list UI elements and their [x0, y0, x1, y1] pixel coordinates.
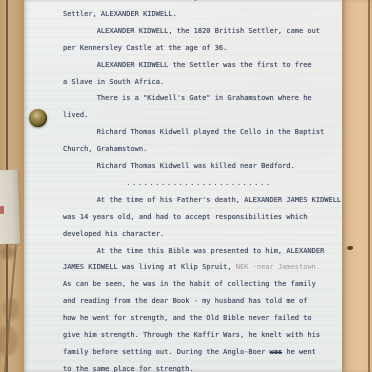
document-page: Richard Thomas Kidwell was the grandson …: [22, 0, 343, 372]
typed-segment: ALEXANDER KIDWELL, the 1820 British Sett…: [63, 27, 320, 35]
typed-segment: NEK -near Jamestown.: [236, 263, 320, 271]
typed-segment: he went: [282, 348, 316, 356]
typed-segment: lived.: [63, 111, 88, 119]
typed-line: Richard Thomas Kidwell was killed near B…: [63, 158, 295, 175]
typed-line: ALEXANDER KIDWELL, the 1820 British Sett…: [63, 23, 320, 40]
dirt-speck: [347, 246, 353, 250]
stain: [0, 246, 15, 259]
typed-segment: give him strength. Through the Kaffir Wa…: [63, 331, 320, 339]
typed-line: family before setting out. During the An…: [63, 344, 316, 361]
right-edge-line: [368, 0, 370, 372]
typed-segment: per Kennersley Castle at the age of 36.: [63, 44, 227, 52]
typed-line: a Slave in South Africa.: [63, 74, 164, 91]
typed-line: JAMES KIDWELL was living at Klip Spruit,…: [63, 259, 320, 276]
typed-segment: JAMES KIDWELL was living at Klip Spruit,: [63, 263, 236, 271]
typed-segment: family before setting out. During the An…: [63, 348, 270, 356]
typed-segment: developed his character.: [63, 230, 164, 238]
typed-line: Church, Grahamstown.: [63, 141, 147, 158]
typed-segment: At the time this Bible was presented to …: [63, 247, 324, 255]
typed-segment: ALEXANDER KIDWELL the Settler was the fi…: [63, 61, 312, 69]
typed-line: ALEXANDER KIDWELL the Settler was the fi…: [63, 57, 312, 74]
typed-line: developed his character.: [63, 226, 164, 243]
typed-segment: to the same place for strength.: [63, 365, 194, 372]
typed-line: There is a "Kidwell's Gate" in Grahamsto…: [63, 90, 312, 107]
typed-segment: [63, 179, 126, 187]
photo-background: Richard Thomas Kidwell was the grandson …: [0, 0, 372, 372]
typed-segment: Settler, ALEXANDER KIDWELL.: [63, 10, 177, 18]
typed-line: and reading from the dear Book - my husb…: [63, 293, 307, 310]
typed-segment: Richard Thomas Kidwell was killed near B…: [63, 162, 295, 170]
typed-segment: how he went for strength, and the Old Bi…: [63, 314, 312, 322]
stain: [0, 326, 18, 356]
typed-segment: Church, Grahamstown.: [63, 145, 147, 153]
typed-line: At the time this Bible was presented to …: [63, 243, 324, 260]
red-mark: [0, 206, 4, 214]
typed-line: Richard Thomas Kidwell played the Cello …: [63, 124, 324, 141]
brass-fastener: [29, 109, 47, 127]
typed-segment: At the time of his Father's death, ALEXA…: [63, 196, 341, 204]
typed-segment: and reading from the dear Book - my husb…: [63, 297, 307, 305]
album-right-edge: [342, 0, 372, 372]
typed-segment: was 14 years old, and had to accept resp…: [63, 213, 307, 221]
typed-segment: Richard Thomas Kidwell played the Cello …: [63, 128, 324, 136]
typed-line: Settler, ALEXANDER KIDWELL.: [63, 6, 177, 23]
typed-line: to the same place for strength.: [63, 361, 194, 372]
typed-segment: was: [270, 348, 283, 356]
typed-line: give him strength. Through the Kaffir Wa…: [63, 327, 320, 344]
typed-line: was 14 years old, and had to accept resp…: [63, 209, 307, 226]
typed-line: lived.: [63, 107, 88, 124]
typed-line: per Kennersley Castle at the age of 36.: [63, 40, 227, 57]
typed-line: .........................: [63, 175, 272, 192]
typed-segment: There is a "Kidwell's Gate" in Grahamsto…: [63, 94, 312, 102]
typed-line: At the time of his Father's death, ALEXA…: [63, 192, 341, 209]
stain: [3, 298, 19, 320]
typed-line: how he went for strength, and the Old Bi…: [63, 310, 312, 327]
typed-segment: As can be seen, he was in the habit of c…: [63, 280, 316, 288]
typed-segment: Richard Thomas Kidwell was the grandson …: [63, 0, 312, 1]
album-left-edge: [0, 0, 24, 372]
typed-line: As can be seen, he was in the habit of c…: [63, 276, 316, 293]
typed-segment: a Slave in South Africa.: [63, 78, 164, 86]
typed-segment: .........................: [126, 179, 271, 187]
